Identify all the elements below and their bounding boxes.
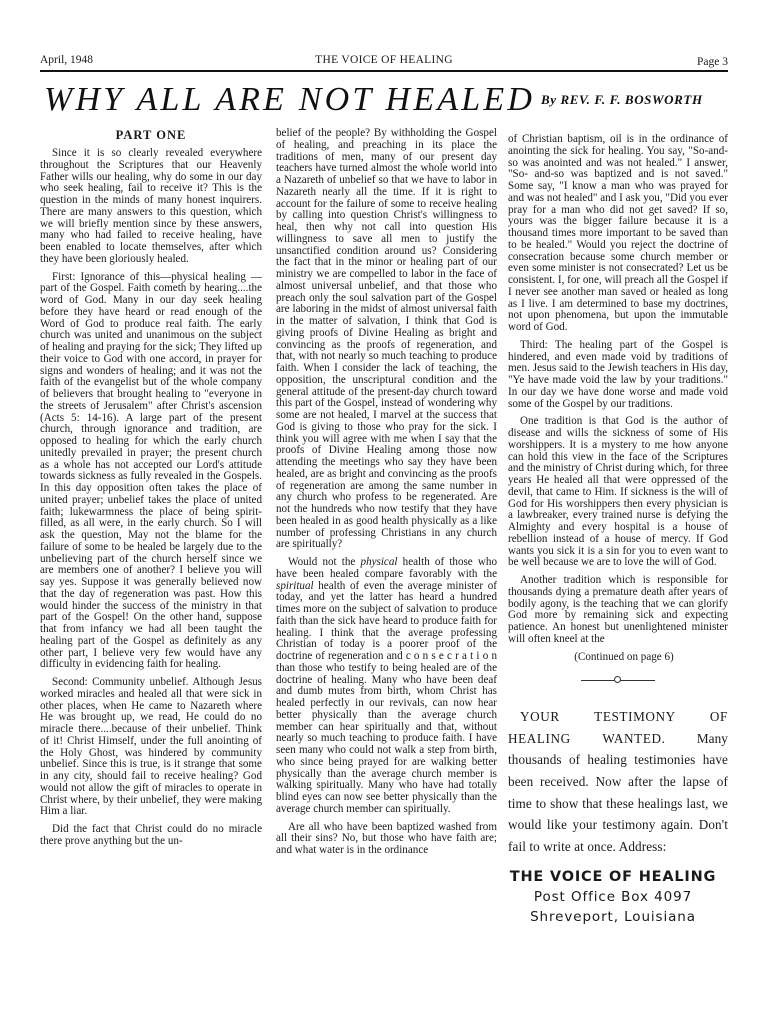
paragraph: Would not the physical health of those w… bbox=[276, 557, 497, 816]
text-run: Would not the bbox=[288, 556, 361, 568]
paragraph: Did the fact that Christ could do no mir… bbox=[40, 824, 262, 848]
paragraph: Third: The healing part of the Gospel is… bbox=[508, 340, 728, 411]
paragraph: Since it is so clearly revealed everywhe… bbox=[40, 148, 262, 266]
mailing-address: THE VOICE OF HEALING Post Office Box 409… bbox=[508, 867, 728, 927]
section-heading: PART ONE bbox=[40, 128, 262, 142]
ornamental-divider bbox=[581, 674, 655, 681]
italic-emphasis: physical bbox=[361, 556, 398, 568]
publication-name: THE VOICE OF HEALING bbox=[40, 54, 728, 66]
column-3: of Christian baptism, oil is in the ordi… bbox=[508, 134, 728, 927]
column-2: belief of the people? By withholding the… bbox=[276, 128, 497, 863]
running-header: April, 1948 THE VOICE OF HEALING Page 3 bbox=[40, 52, 728, 72]
article-byline: By REV. F. F. BOSWORTH bbox=[541, 92, 703, 108]
notice-body: Many thousands of healing testimonies ha… bbox=[508, 731, 728, 854]
paragraph: Are all who have been baptized washed fr… bbox=[276, 822, 497, 857]
article-title: WHY ALL ARE NOT HEALED bbox=[44, 80, 535, 120]
italic-emphasis: spiritual bbox=[276, 580, 314, 592]
continued-note: (Continued on page 6) bbox=[508, 652, 728, 664]
paragraph: belief of the people? By withholding the… bbox=[276, 128, 497, 551]
address-organization: THE VOICE OF HEALING bbox=[508, 867, 718, 887]
paragraph: One tradition is that God is the author … bbox=[508, 416, 728, 569]
paragraph: First: Ignorance of this—physical healin… bbox=[40, 272, 262, 672]
page-number: Page 3 bbox=[697, 56, 728, 68]
paragraph: Second: Community unbelief. Although Jes… bbox=[40, 677, 262, 818]
text-run: health of even the average minister of t… bbox=[276, 580, 497, 815]
paragraph: Another tradition which is responsible f… bbox=[508, 575, 728, 646]
address-line-2: Shreveport, Louisiana bbox=[508, 907, 718, 927]
column-1: PART ONE Since it is so clearly revealed… bbox=[40, 128, 262, 854]
circle-ornament-icon bbox=[614, 676, 621, 683]
testimony-notice: YOUR TESTIMONY OF HEALING WANTED. Many t… bbox=[508, 706, 728, 857]
paragraph: of Christian baptism, oil is in the ordi… bbox=[508, 134, 728, 334]
address-line-1: Post Office Box 4097 bbox=[508, 887, 718, 907]
